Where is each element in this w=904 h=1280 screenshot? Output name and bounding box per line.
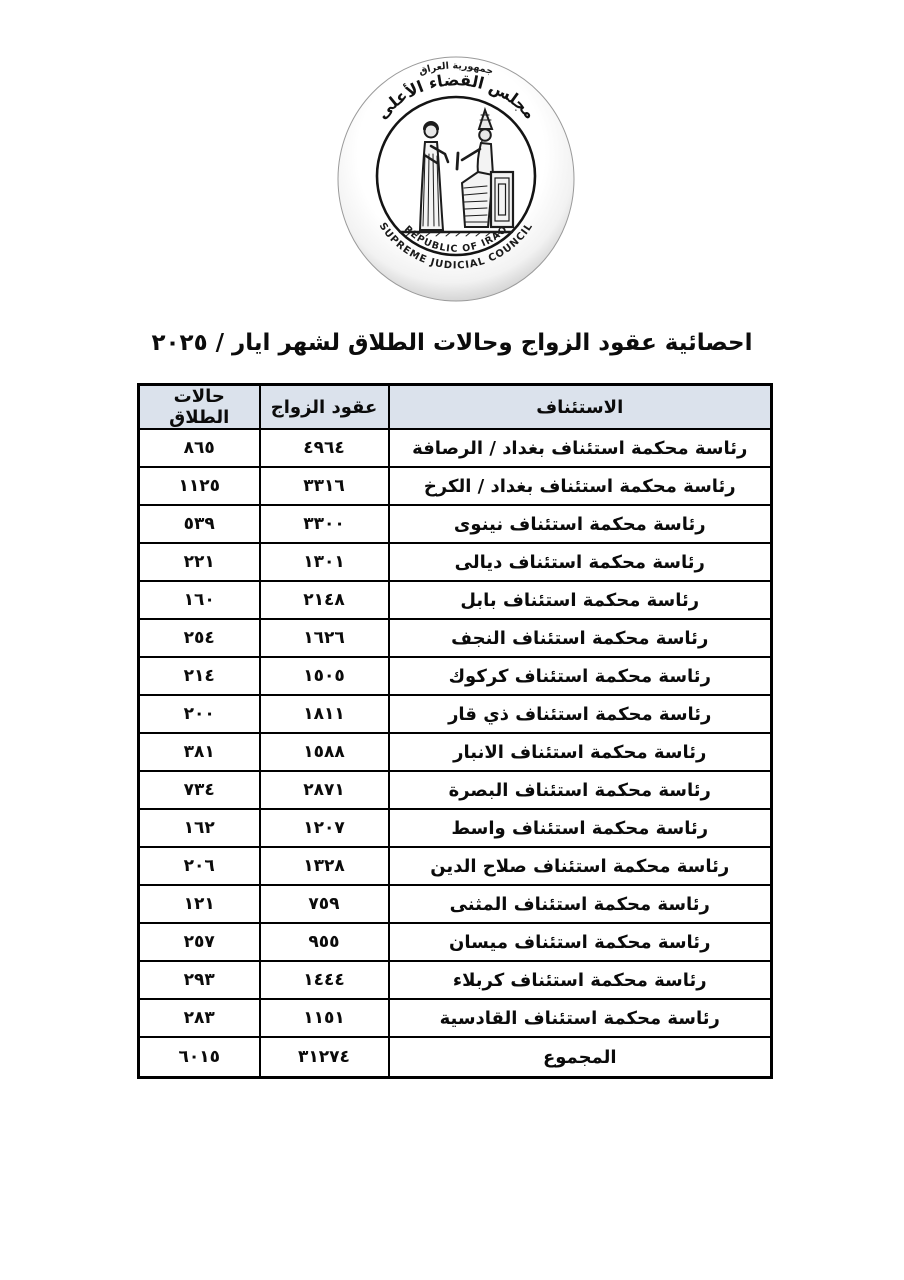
statistics-table-wrap: الاستئناف عقود الزواج حالات الطلاق رئاسة…: [137, 383, 770, 1079]
divorces-cell: ١١٢٥: [139, 467, 260, 505]
table-row: رئاسة محكمة استئناف واسط ١٢٠٧ ١٦٢: [139, 809, 772, 847]
divorces-cell: ١٦٠: [139, 581, 260, 619]
marriages-cell: ٧٥٩: [260, 885, 389, 923]
marriages-cell: ١٢٠٧: [260, 809, 389, 847]
table-row: رئاسة محكمة استئناف المثنى ٧٥٩ ١٢١: [139, 885, 772, 923]
marriages-cell: ٢١٤٨: [260, 581, 389, 619]
court-name-cell: رئاسة محكمة استئناف الانبار: [389, 733, 772, 771]
table-row: رئاسة محكمة استئناف ذي قار ١٨١١ ٢٠٠: [139, 695, 772, 733]
table-row: رئاسة محكمة استئناف كركوك ١٥٠٥ ٢١٤: [139, 657, 772, 695]
table-row: رئاسة محكمة استئناف ميسان ٩٥٥ ٢٥٧: [139, 923, 772, 961]
table-row: رئاسة محكمة استئناف ديالى ١٣٠١ ٢٢١: [139, 543, 772, 581]
table-row: رئاسة محكمة استئناف النجف ١٦٢٦ ٢٥٤: [139, 619, 772, 657]
divorces-cell: ١٦٢: [139, 809, 260, 847]
table-row: رئاسة محكمة استئناف صلاح الدين ١٣٢٨ ٢٠٦: [139, 847, 772, 885]
document-page: جمهورية العراق مجلس القضاء الأعلى REPUBL…: [0, 0, 904, 1280]
court-name-cell: رئاسة محكمة استئناف بغداد / الرصافة: [389, 429, 772, 467]
marriages-cell: ١٥٠٥: [260, 657, 389, 695]
divorces-cell: ٢٠٠: [139, 695, 260, 733]
marriages-cell: ١٣٠١: [260, 543, 389, 581]
divorces-cell: ٣٨١: [139, 733, 260, 771]
court-name-cell: رئاسة محكمة استئناف واسط: [389, 809, 772, 847]
table-row: رئاسة محكمة استئناف نينوى ٣٣٠٠ ٥٣٩: [139, 505, 772, 543]
marriages-cell: ٤٩٦٤: [260, 429, 389, 467]
divorces-cell: ٢٢١: [139, 543, 260, 581]
court-name-cell: رئاسة محكمة استئناف صلاح الدين: [389, 847, 772, 885]
court-name-cell: رئاسة محكمة استئناف ميسان: [389, 923, 772, 961]
divorces-cell: ٧٣٤: [139, 771, 260, 809]
total-divorces-cell: ٦٠١٥: [139, 1037, 260, 1078]
table-row: رئاسة محكمة استئناف بغداد / الرصافة ٤٩٦٤…: [139, 429, 772, 467]
court-name-cell: رئاسة محكمة استئناف كركوك: [389, 657, 772, 695]
divorces-cell: ١٢١: [139, 885, 260, 923]
marriages-cell: ٣٣١٦: [260, 467, 389, 505]
divorces-cell: ٢٨٣: [139, 999, 260, 1037]
court-name-cell: رئاسة محكمة استئناف بغداد / الكرخ: [389, 467, 772, 505]
table-row: رئاسة محكمة استئناف بغداد / الكرخ ٣٣١٦ ١…: [139, 467, 772, 505]
divorces-cell: ٢٥٤: [139, 619, 260, 657]
table-row: رئاسة محكمة استئناف كربلاء ١٤٤٤ ٢٩٣: [139, 961, 772, 999]
document-title: احصائية عقود الزواج وحالات الطلاق لشهر ا…: [0, 330, 904, 356]
header-row: الاستئناف عقود الزواج حالات الطلاق: [139, 385, 772, 430]
statistics-table: الاستئناف عقود الزواج حالات الطلاق رئاسة…: [137, 383, 773, 1079]
marriages-cell: ١٤٤٤: [260, 961, 389, 999]
court-name-cell: رئاسة محكمة استئناف النجف: [389, 619, 772, 657]
marriages-cell: ١١٥١: [260, 999, 389, 1037]
divorces-cell: ٥٣٩: [139, 505, 260, 543]
court-name-cell: رئاسة محكمة استئناف كربلاء: [389, 961, 772, 999]
court-name-cell: رئاسة محكمة استئناف بابل: [389, 581, 772, 619]
marriages-cell: ١٨١١: [260, 695, 389, 733]
supreme-judicial-council-emblem: جمهورية العراق مجلس القضاء الأعلى REPUBL…: [336, 54, 576, 304]
total-marriages-cell: ٣١٢٧٤: [260, 1037, 389, 1078]
marriages-cell: ٢٨٧١: [260, 771, 389, 809]
table-row: رئاسة محكمة استئناف البصرة ٢٨٧١ ٧٣٤: [139, 771, 772, 809]
table-row: رئاسة محكمة استئناف الانبار ١٥٨٨ ٣٨١: [139, 733, 772, 771]
court-name-cell: رئاسة محكمة استئناف ذي قار: [389, 695, 772, 733]
emblem-svg: جمهورية العراق مجلس القضاء الأعلى REPUBL…: [336, 54, 576, 304]
total-row: المجموع ٣١٢٧٤ ٦٠١٥: [139, 1037, 772, 1078]
divorces-cell: ٨٦٥: [139, 429, 260, 467]
marriages-cell: ٣٣٠٠: [260, 505, 389, 543]
marriages-cell: ١٣٢٨: [260, 847, 389, 885]
divorces-cell: ٢٩٣: [139, 961, 260, 999]
table-row: رئاسة محكمة استئناف بابل ٢١٤٨ ١٦٠: [139, 581, 772, 619]
court-name-cell: رئاسة محكمة استئناف المثنى: [389, 885, 772, 923]
marriages-cell: ١٥٨٨: [260, 733, 389, 771]
column-header-marriages: عقود الزواج: [260, 385, 389, 430]
divorces-cell: ٢١٤: [139, 657, 260, 695]
marriages-cell: ١٦٢٦: [260, 619, 389, 657]
table-row: رئاسة محكمة استئناف القادسية ١١٥١ ٢٨٣: [139, 999, 772, 1037]
court-name-cell: رئاسة محكمة استئناف القادسية: [389, 999, 772, 1037]
divorces-cell: ٢٥٧: [139, 923, 260, 961]
court-name-cell: رئاسة محكمة استئناف البصرة: [389, 771, 772, 809]
marriages-cell: ٩٥٥: [260, 923, 389, 961]
total-label-cell: المجموع: [389, 1037, 772, 1078]
column-header-court: الاستئناف: [389, 385, 772, 430]
court-name-cell: رئاسة محكمة استئناف ديالى: [389, 543, 772, 581]
column-header-divorces: حالات الطلاق: [139, 385, 260, 430]
divorces-cell: ٢٠٦: [139, 847, 260, 885]
court-name-cell: رئاسة محكمة استئناف نينوى: [389, 505, 772, 543]
